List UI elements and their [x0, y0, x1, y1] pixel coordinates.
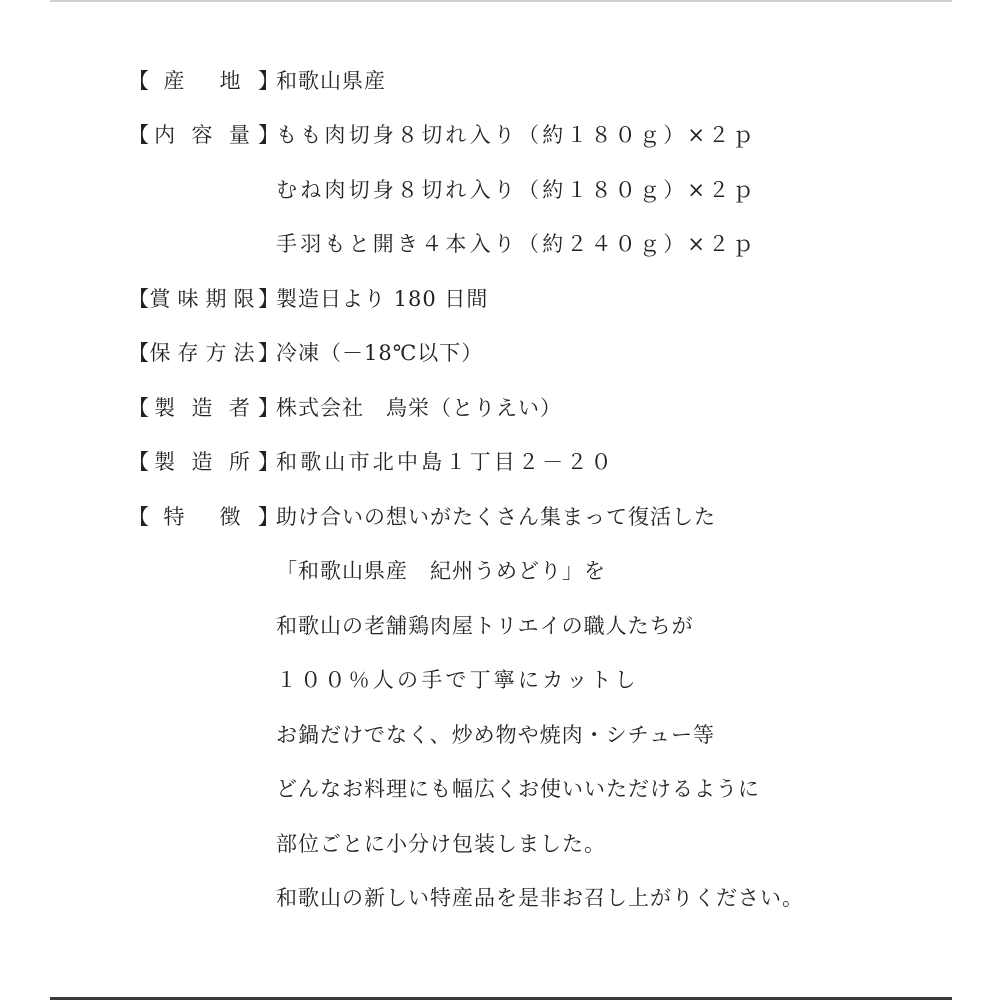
spec-label-contents: 【 内 容 量 】	[128, 125, 276, 146]
spec-value-features-line: 部位ごとに小分け包装しました。	[276, 834, 606, 855]
spec-value-features-line: 「和歌山県産 紀州うめどり」を	[276, 561, 606, 582]
spec-row-contents-cont: 手羽もと開き４本入り（約２４０ｇ）×２ｐ	[128, 218, 928, 273]
spec-row-features-cont: 「和歌山県産 紀州うめどり」を	[128, 545, 928, 600]
spec-value-features-line: １００％人の手で丁寧にカットし	[276, 670, 639, 691]
spec-label-factory: 【 製 造 所 】	[128, 452, 276, 473]
spec-value-manufacturer: 株式会社 鳥栄（とりえい）	[276, 398, 562, 419]
spec-value-contents-item: 手羽もと開き４本入り（約２４０ｇ）×２ｐ	[276, 234, 757, 255]
spec-row-contents: 【 内 容 量 】 もも肉切身８切れ入り（約１８０ｇ）×２ｐ	[128, 109, 928, 164]
top-divider	[50, 0, 952, 2]
spec-label-features: 【 特 徴 】	[128, 507, 276, 528]
spec-value-features-line: 和歌山の新しい特産品を是非お召し上がりください。	[276, 888, 804, 909]
spec-value-factory: 和歌山市北中島１丁目２－２０	[276, 452, 615, 473]
spec-row-features-cont: お鍋だけでなく、炒め物や焼肉・シチュー等	[128, 708, 928, 763]
spec-value-best-before: 製造日より 180 日間	[276, 289, 488, 310]
spec-label-storage: 【 保 存 方 法 】	[128, 343, 276, 364]
product-spec-sheet: 【 産 地 】 和歌山県産 【 内 容 量 】 もも肉切身８切れ入り（約１８０ｇ…	[128, 54, 928, 926]
spec-row-contents-cont: むね肉切身８切れ入り（約１８０ｇ）×２ｐ	[128, 163, 928, 218]
spec-row-best-before: 【 賞 味 期 限 】 製造日より 180 日間	[128, 272, 928, 327]
spec-value-contents-item: もも肉切身８切れ入り（約１８０ｇ）×２ｐ	[276, 125, 757, 146]
spec-value-features-line: 和歌山の老舗鶏肉屋トリエイの職人たちが	[276, 616, 694, 637]
spec-value-contents-item: むね肉切身８切れ入り（約１８０ｇ）×２ｐ	[276, 180, 757, 201]
spec-row-features-cont: 和歌山の新しい特産品を是非お召し上がりください。	[128, 872, 928, 927]
spec-row-factory: 【 製 造 所 】 和歌山市北中島１丁目２－２０	[128, 436, 928, 491]
spec-value-origin: 和歌山県産	[276, 71, 386, 92]
spec-label-origin: 【 産 地 】	[128, 71, 276, 92]
spec-row-features-cont: １００％人の手で丁寧にカットし	[128, 654, 928, 709]
spec-row-features: 【 特 徴 】 助け合いの想いがたくさん集まって復活した	[128, 490, 928, 545]
spec-value-features-line: お鍋だけでなく、炒め物や焼肉・シチュー等	[276, 725, 715, 746]
spec-label-manufacturer: 【 製 造 者 】	[128, 398, 276, 419]
spec-label-best-before: 【 賞 味 期 限 】	[128, 289, 276, 310]
spec-value-features-line: 助け合いの想いがたくさん集まって復活した	[276, 507, 716, 528]
spec-row-manufacturer: 【 製 造 者 】 株式会社 鳥栄（とりえい）	[128, 381, 928, 436]
spec-row-storage: 【 保 存 方 法 】 冷凍（－18℃以下）	[128, 327, 928, 382]
spec-row-features-cont: どんなお料理にも幅広くお使いいただけるように	[128, 763, 928, 818]
spec-row-features-cont: 和歌山の老舗鶏肉屋トリエイの職人たちが	[128, 599, 928, 654]
spec-value-storage: 冷凍（－18℃以下）	[276, 343, 483, 364]
spec-value-features-line: どんなお料理にも幅広くお使いいただけるように	[276, 779, 760, 800]
spec-row-features-cont: 部位ごとに小分け包装しました。	[128, 817, 928, 872]
spec-row-origin: 【 産 地 】 和歌山県産	[128, 54, 928, 109]
